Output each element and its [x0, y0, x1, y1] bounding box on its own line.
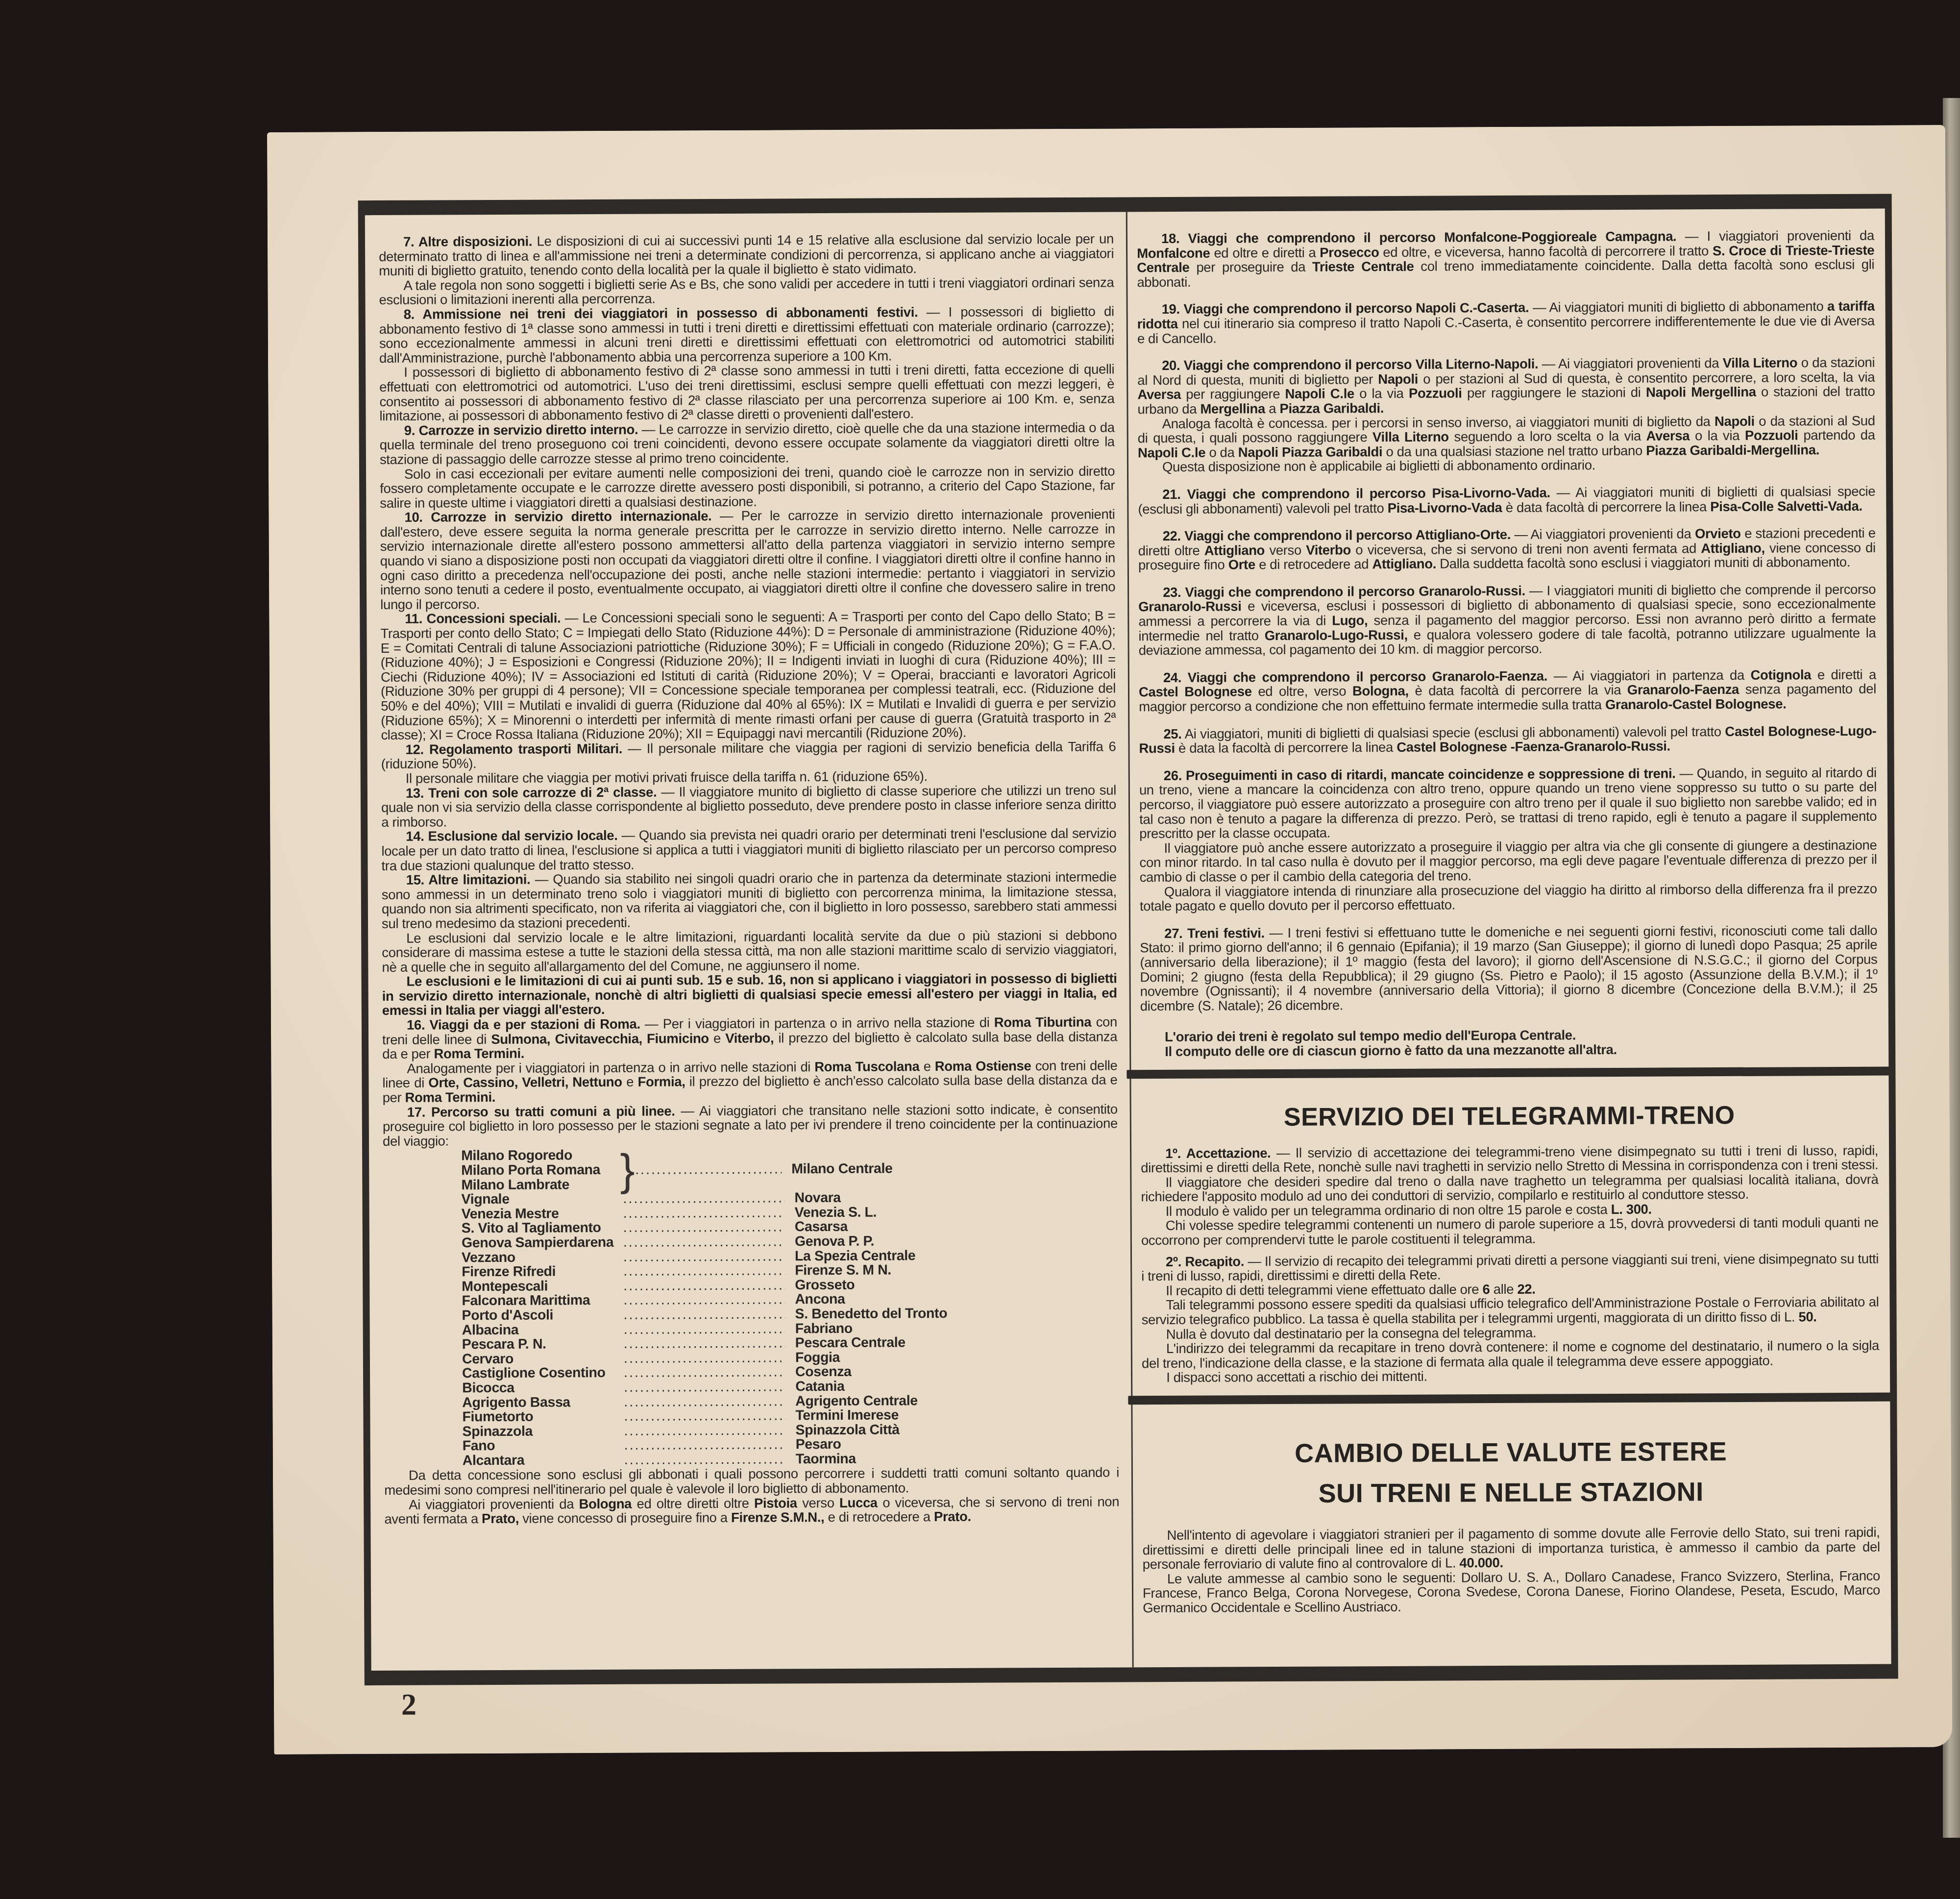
station-from: Agrigento Bassa — [384, 1395, 624, 1410]
station-from: Milano Lambrate — [461, 1177, 623, 1192]
station-from: Spinazzola — [384, 1424, 624, 1440]
leader-dots: ........................................… — [624, 1351, 785, 1366]
content-frame: 7. Altre disposizioni. Le disposizioni d… — [358, 194, 1898, 1686]
leader-dots: ........................................… — [623, 1264, 785, 1279]
leader-dots: ........................................… — [624, 1423, 786, 1438]
station-from: Pescara P. N. — [384, 1337, 624, 1353]
telegrams-acceptance-p2: Il viaggiatore che desideri spedire dal … — [1141, 1172, 1878, 1204]
right-column: 18. Viaggi che comprendono il percorso M… — [1137, 228, 1881, 1658]
station-from: Cervaro — [384, 1352, 624, 1367]
leader-dots: ........................................… — [623, 1206, 785, 1221]
leader-dots: ........................................… — [623, 1234, 785, 1250]
station-from: Falconara Marittima — [383, 1293, 623, 1309]
leader-dots: ........................................… — [623, 1293, 785, 1308]
brace-symbol: } — [620, 1151, 630, 1190]
station-to: Agrigento Centrale — [785, 1394, 917, 1409]
currency-para-2: Le valute ammesse al cambio sono le segu… — [1143, 1568, 1880, 1615]
section-26-para-2: Il viaggiatore può anche essere autorizz… — [1139, 838, 1877, 884]
station-rows: Vignale.................................… — [383, 1190, 1119, 1469]
section-14: 14. Esclusione dal servizio locale. — Qu… — [381, 826, 1116, 873]
section-18: 18. Viaggi che comprendono il percorso M… — [1137, 228, 1875, 290]
section-27: 27. Treni festivi. — I treni festivi si … — [1140, 923, 1878, 1013]
station-table: Milano Rogoredo Milano Porta Romana Mila… — [383, 1146, 1119, 1469]
leader-dots: ........................................… — [623, 1307, 785, 1322]
section-8-para-2: I possessori di biglietto di abbonamento… — [379, 362, 1115, 423]
telegrams-delivery-p5: L'indirizzo dei telegrammi da recapitare… — [1142, 1338, 1879, 1371]
station-to: Pescara Centrale — [785, 1335, 906, 1351]
station-to: Novara — [784, 1191, 840, 1206]
station-from: Venezia Mestre — [383, 1207, 623, 1222]
station-from: Porto d'Ascoli — [383, 1308, 623, 1324]
section-24: 24. Viaggi che comprendono il percorso G… — [1139, 667, 1876, 714]
telegrams-delivery: 2º. Recapito. — Il servizio di recapito … — [1141, 1251, 1879, 1283]
section-25: 25. Ai viaggiatori, muniti di biglietti … — [1139, 723, 1876, 756]
section-19: 19. Viaggi che comprendono il percorso N… — [1137, 299, 1875, 345]
section-20: 20. Viaggi che comprendono il percorso V… — [1137, 355, 1875, 417]
section-17-para-3: Ai viaggiatori provenienti da Bologna ed… — [384, 1494, 1119, 1527]
section-15-para-2: Le esclusioni dal servizio locale e le a… — [382, 928, 1117, 974]
leader-dots: ........................................… — [623, 1249, 785, 1264]
section-7-para-2: A tale regola non sono soggetti i biglie… — [379, 275, 1114, 307]
station-to: Spinazzola Città — [786, 1423, 900, 1438]
station-from: S. Vito al Tagliamento — [383, 1221, 623, 1236]
station-to: Ancona — [785, 1292, 845, 1307]
currency-title: CAMBIO DELLE VALUTE ESTERESUI TRENI E NE… — [1142, 1431, 1880, 1515]
section-22: 22. Viaggi che comprendono il percorso A… — [1138, 526, 1876, 572]
timetable-page: 7. Altre disposizioni. Le disposizioni d… — [267, 125, 1952, 1754]
leader-dots: ........................................… — [623, 1278, 785, 1293]
leader-dots: ........................................… — [624, 1409, 785, 1424]
station-group-milano: Milano Rogoredo Milano Porta Romana Mila… — [383, 1146, 1118, 1193]
section-26: 26. Proseguimenti in caso di ritardi, ma… — [1139, 765, 1877, 841]
section-15: 15. Altre limitazioni. — Quando sia stab… — [382, 870, 1117, 931]
station-to: Grosseto — [785, 1278, 855, 1293]
section-11: 11. Concessioni speciali. — Le Concessio… — [380, 609, 1116, 742]
leader-dots: ........................................… — [624, 1336, 785, 1352]
telegrams-delivery-p6: I dispacci sono accettati a rischio dei … — [1142, 1367, 1879, 1385]
station-from: Vignale — [383, 1192, 623, 1208]
station-to: Termini Imerese — [785, 1408, 899, 1423]
section-23: 23. Viaggi che comprendono il percorso G… — [1138, 582, 1876, 658]
station-from: Montepescali — [383, 1279, 623, 1295]
station-to: La Spezia Centrale — [785, 1249, 915, 1264]
telegrams-title: SERVIZIO DEI TELEGRAMMI-TRENO — [1141, 1100, 1878, 1133]
leader-dots: ........................................… — [624, 1365, 785, 1381]
leader-dots: ........................................… — [623, 1191, 784, 1207]
leader-dots: ........................................… — [623, 1220, 785, 1235]
station-from: Fano — [384, 1438, 624, 1454]
section-13: 13. Treni con sole carrozze di 2ª classe… — [381, 783, 1116, 829]
station-to: Cosenza — [785, 1365, 852, 1380]
section-9: 9. Carrozze in servizio diretto interno.… — [380, 420, 1115, 467]
section-21: 21. Viaggi che comprendono il percorso P… — [1138, 484, 1875, 517]
currency-para-1: Nell'intento di agevolare i viaggiatori … — [1142, 1525, 1880, 1572]
section-rule — [1128, 1393, 1893, 1405]
leader-dots: ........................................… — [624, 1380, 785, 1395]
station-to: Pesaro — [786, 1437, 841, 1452]
station-to: Firenze S. M N. — [785, 1263, 891, 1279]
section-12: 12. Regolamento trasporti Militari. — Il… — [381, 739, 1116, 771]
leader-dots: ........................................… — [630, 1162, 782, 1177]
closing-note-hours: Il computo delle ore di ciascun giorno è… — [1140, 1041, 1878, 1059]
section-10: 10. Carrozze in servizio diretto interna… — [380, 507, 1115, 612]
section-rule — [1127, 1066, 1891, 1079]
station-to: Venezia S. L. — [785, 1205, 877, 1220]
station-from: Bicocca — [384, 1381, 624, 1396]
section-17-para-2: Da detta concessione sono esclusi gli ab… — [384, 1465, 1119, 1498]
section-16: 16. Viaggi da e per stazioni di Roma. — … — [382, 1015, 1117, 1061]
left-column: 7. Altre disposizioni. Le disposizioni d… — [379, 231, 1120, 1661]
station-from: Alcantara — [384, 1453, 624, 1469]
station-to: Foggia — [785, 1351, 840, 1365]
column-divider — [1126, 212, 1134, 1667]
section-9-para-2: Solo in casi eccezionali per evitare aum… — [380, 464, 1115, 510]
station-from: Castiglione Cosentino — [384, 1366, 624, 1381]
station-from: Fiumetorto — [384, 1409, 624, 1425]
telegrams-acceptance: 1º. Accettazione. — Il servizio di accet… — [1141, 1143, 1878, 1175]
section-15-para-3: Le esclusioni e le limitazioni di cui ai… — [382, 971, 1117, 1018]
leader-dots: ........................................… — [624, 1438, 786, 1453]
section-16-para-2: Analogamente per i viaggiatori in parten… — [382, 1058, 1117, 1105]
station-to: Taormina — [786, 1452, 856, 1467]
station-to: Genova P. P. — [785, 1234, 874, 1249]
station-from: Genova Sampierdarena — [383, 1235, 623, 1251]
section-20-para-2: Analoga facoltà è concessa. per i percor… — [1138, 413, 1875, 460]
leader-dots: ........................................… — [624, 1322, 785, 1337]
section-26-para-3: Qualora il viaggiatore intenda di rinunz… — [1140, 881, 1877, 913]
station-from: Albacina — [384, 1322, 624, 1338]
station-to: S. Benedetto del Tronto — [785, 1307, 947, 1322]
section-17: 17. Percorso su tratti comuni a più line… — [383, 1102, 1118, 1148]
section-7: 7. Altre disposizioni. Le disposizioni d… — [379, 231, 1114, 278]
station-from: Milano Porta Romana — [461, 1163, 623, 1178]
leader-dots: ........................................… — [624, 1452, 786, 1467]
station-from: Vezzano — [383, 1250, 623, 1265]
telegrams-acceptance-p4: Chi volesse spedire telegrammi contenent… — [1141, 1215, 1879, 1248]
station-from: Milano Rogoredo — [461, 1148, 623, 1163]
station-from: Firenze Rifredi — [383, 1264, 623, 1280]
telegrams-delivery-p3: Tali telegrammi possono essere spediti d… — [1141, 1295, 1879, 1327]
station-to: Milano Centrale — [782, 1161, 892, 1177]
station-to: Fabriano — [785, 1321, 853, 1336]
section-20-para-3: Questa disposizione non è applicabile ai… — [1138, 457, 1875, 474]
section-8: 8. Ammissione nei treni dei viaggiatori … — [379, 304, 1115, 365]
station-to: Casarsa — [785, 1220, 848, 1234]
page-number: 2 — [401, 1688, 416, 1723]
leader-dots: ........................................… — [624, 1394, 785, 1409]
station-to: Catania — [785, 1380, 844, 1394]
